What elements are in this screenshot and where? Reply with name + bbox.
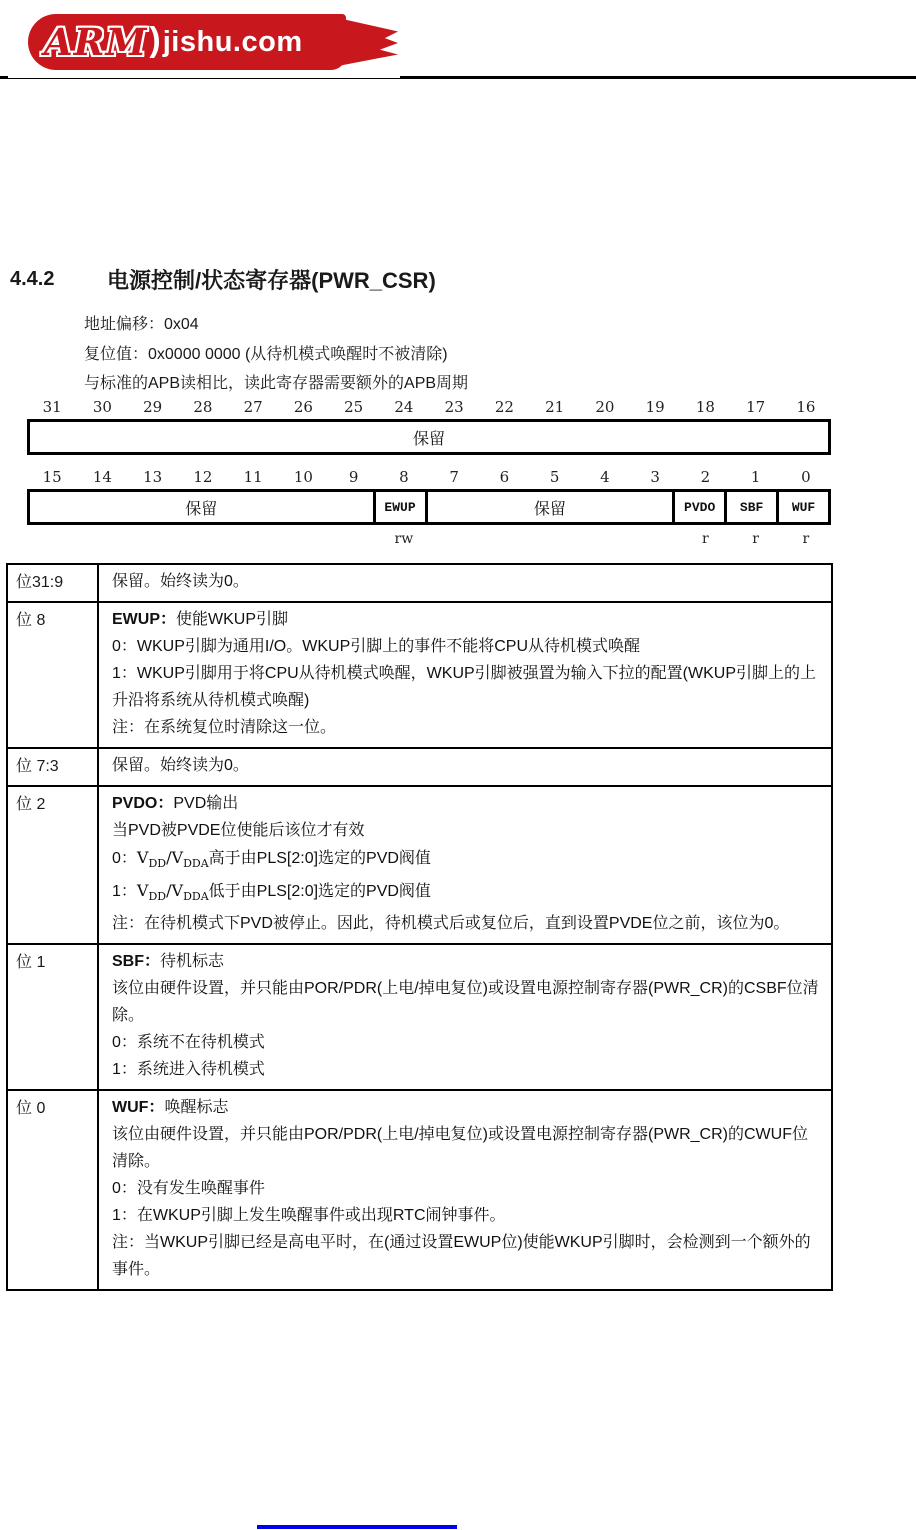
logo-domain-text: jishu.com	[163, 26, 303, 59]
description-line: 注：当WKUP引脚已经是高电平时，在(通过设置EWUP位)使能WKUP引脚时，会…	[112, 1229, 823, 1283]
description-line: 0：系统不在待机模式	[112, 1029, 823, 1056]
table-row: 位 2PVDO：PVD输出当PVD被PVDE位使能后该位才有效0：VDD/VDD…	[8, 785, 831, 943]
description-line: WUF：唤醒标志	[112, 1094, 823, 1121]
text-segment: 0：没有发生唤醒事件	[112, 1180, 265, 1197]
bit-number: 14	[77, 468, 127, 486]
text-segment: 低于由PLS[2:0]选定的PVD阀值	[209, 883, 431, 900]
table-row: 位31:9保留。始终读为0。	[8, 565, 831, 601]
register-fields-row: 保留EWUP保留PVDOSBFWUF	[27, 489, 831, 525]
description-line: SBF：待机标志	[112, 948, 823, 975]
bit-range-cell: 位 8	[8, 603, 97, 747]
text-segment: 1：WKUP引脚用于将CPU从待机模式唤醒，WKUP引脚被强置为输入下拉的配置(…	[112, 665, 816, 709]
bit-number: 13	[128, 468, 178, 486]
reset-value-line: 复位值：0x0000 0000 (从待机模式唤醒时不被清除)	[84, 341, 448, 364]
bit-number: 11	[228, 468, 278, 486]
description-line: 1：VDD/VDDA低于由PLS[2:0]选定的PVD阀值	[112, 877, 823, 910]
description-line: 该位由硬件设置，并只能由POR/PDR(上电/掉电复位)或设置电源控制寄存器(P…	[112, 975, 823, 1029]
register-diagram-low: 1514131211109876543210保留EWUP保留PVDOSBFWUF…	[27, 468, 831, 549]
text-segment: 注：在系统复位时清除这一位。	[112, 719, 336, 736]
bit-number: 30	[77, 398, 127, 416]
register-bit-numbers: 1514131211109876543210	[27, 468, 831, 486]
text-segment: 高于由PLS[2:0]选定的PVD阀值	[209, 850, 431, 867]
description-line: 注：在待机模式下PVD被停止。因此，待机模式后或复位后，直到设置PVDE位之前，…	[112, 910, 823, 937]
bit-number: 5	[530, 468, 580, 486]
description-line: 当PVD被PVDE位使能后该位才有效	[112, 817, 823, 844]
access-label: rw	[379, 531, 429, 549]
bit-range-cell: 位 0	[8, 1091, 97, 1289]
bit-number: 24	[379, 398, 429, 416]
footer-link-underline[interactable]	[257, 1525, 457, 1529]
bit-description-cell: SBF：待机标志该位由硬件设置，并只能由POR/PDR(上电/掉电复位)或设置电…	[97, 945, 831, 1089]
document-page: ARM ) jishu.com 4.4.2 电源控制/状态寄存器(PWR_CSR…	[0, 0, 916, 1530]
text-segment: 注：当WKUP引脚已经是高电平时，在(通过设置EWUP位)使能WKUP引脚时，会…	[112, 1234, 811, 1278]
text-segment: DD	[148, 857, 166, 870]
text-segment: DDA	[183, 857, 209, 870]
register-field-reserved: 保留	[30, 492, 373, 522]
register-field-ewup: EWUP	[373, 492, 425, 522]
description-line: 1：WKUP引脚用于将CPU从待机模式唤醒，WKUP引脚被强置为输入下拉的配置(…	[112, 660, 823, 714]
description-line: PVDO：PVD输出	[112, 790, 823, 817]
bit-number: 25	[329, 398, 379, 416]
bit-number: 17	[731, 398, 781, 416]
register-access-row: rwrrr	[27, 531, 831, 549]
access-label	[429, 531, 680, 549]
description-line: 1：系统进入待机模式	[112, 1056, 823, 1083]
bit-number: 6	[479, 468, 529, 486]
bit-number: 19	[630, 398, 680, 416]
section-number: 4.4.2	[10, 268, 54, 291]
description-line: 1：在WKUP引脚上发生唤醒事件或出现RTC闹钟事件。	[112, 1202, 823, 1229]
bit-number: 4	[580, 468, 630, 486]
text-segment: 0：WKUP引脚为通用I/O。WKUP引脚上的事件不能将CPU从待机模式唤醒	[112, 638, 640, 655]
apb-note-line: 与标准的APB读相比，读此寄存器需要额外的APB周期	[84, 370, 468, 393]
register-field-sbf: SBF	[724, 492, 776, 522]
register-field-pvdo: PVDO	[672, 492, 724, 522]
bit-number: 1	[731, 468, 781, 486]
register-bit-numbers: 31302928272625242322212019181716	[27, 398, 831, 416]
bit-range-cell: 位31:9	[8, 565, 97, 601]
bit-number: 2	[680, 468, 730, 486]
access-label: r	[781, 531, 831, 549]
access-label: r	[680, 531, 730, 549]
bit-description-table: 位31:9保留。始终读为0。位 8EWUP：使能WKUP引脚0：WKUP引脚为通…	[6, 563, 833, 1291]
text-segment: 保留。始终读为0。	[112, 757, 249, 774]
register-field-reserved: 保留	[425, 492, 673, 522]
text-segment: 注：在待机模式下PVD被停止。因此，待机模式后或复位后，直到设置PVDE位之前，…	[112, 915, 789, 932]
description-line: 注：在系统复位时清除这一位。	[112, 714, 823, 741]
bit-number: 29	[128, 398, 178, 416]
bit-description-cell: PVDO：PVD输出当PVD被PVDE位使能后该位才有效0：VDD/VDDA高于…	[97, 787, 831, 943]
table-row: 位 1SBF：待机标志该位由硬件设置，并只能由POR/PDR(上电/掉电复位)或…	[8, 943, 831, 1089]
text-segment: DDA	[183, 890, 209, 903]
text-segment: V	[137, 848, 149, 867]
text-segment: 该位由硬件设置，并只能由POR/PDR(上电/掉电复位)或设置电源控制寄存器(P…	[112, 1126, 808, 1170]
bit-number: 12	[178, 468, 228, 486]
text-segment: 1：在WKUP引脚上发生唤醒事件或出现RTC闹钟事件。	[112, 1207, 506, 1224]
table-row: 位 0WUF：唤醒标志该位由硬件设置，并只能由POR/PDR(上电/掉电复位)或…	[8, 1089, 831, 1289]
logo-background: ARM ) jishu.com	[28, 14, 346, 70]
bit-description-cell: 保留。始终读为0。	[97, 565, 831, 601]
register-fields-row: 保留	[27, 419, 831, 455]
logo-swoosh	[338, 18, 398, 66]
text-segment: /V	[166, 848, 183, 867]
bit-range-cell: 位 2	[8, 787, 97, 943]
register-diagram-high: 31302928272625242322212019181716保留	[27, 398, 831, 455]
text-segment: 使能WKUP引脚	[176, 611, 288, 628]
text-segment: 0：系统不在待机模式	[112, 1034, 265, 1051]
bit-number: 26	[278, 398, 328, 416]
bit-number: 3	[630, 468, 680, 486]
field-label: EWUP	[384, 500, 415, 515]
text-segment: EWUP：	[112, 611, 176, 628]
bit-number: 16	[781, 398, 831, 416]
text-segment: SBF：	[112, 953, 160, 970]
text-segment: 待机标志	[160, 953, 224, 970]
bit-number: 21	[530, 398, 580, 416]
page-title: 电源控制/状态寄存器(PWR_CSR)	[107, 264, 436, 295]
logo-paren: )	[149, 21, 160, 60]
register-field-reserved: 保留	[30, 422, 828, 452]
bit-range-cell: 位 1	[8, 945, 97, 1089]
text-segment: 唤醒标志	[164, 1099, 228, 1116]
address-offset-line: 地址偏移：0x04	[84, 311, 199, 334]
description-line: 0：WKUP引脚为通用I/O。WKUP引脚上的事件不能将CPU从待机模式唤醒	[112, 633, 823, 660]
description-line: EWUP：使能WKUP引脚	[112, 606, 823, 633]
bit-number: 31	[27, 398, 77, 416]
bit-number: 18	[680, 398, 730, 416]
bit-number: 20	[580, 398, 630, 416]
description-line: 该位由硬件设置，并只能由POR/PDR(上电/掉电复位)或设置电源控制寄存器(P…	[112, 1121, 823, 1175]
text-segment: 0：	[112, 850, 137, 867]
field-label: 保留	[413, 426, 445, 449]
bit-number: 22	[479, 398, 529, 416]
bit-number: 0	[781, 468, 831, 486]
field-label: WUF	[792, 500, 815, 515]
bit-number: 9	[329, 468, 379, 486]
register-field-wuf: WUF	[776, 492, 828, 522]
bit-number: 27	[228, 398, 278, 416]
bit-number: 10	[278, 468, 328, 486]
logo-arm-text: ARM	[44, 20, 147, 64]
text-segment: V	[137, 881, 149, 900]
bit-description-cell: WUF：唤醒标志该位由硬件设置，并只能由POR/PDR(上电/掉电复位)或设置电…	[97, 1091, 831, 1289]
field-label: 保留	[534, 496, 566, 519]
bit-description-cell: 保留。始终读为0。	[97, 749, 831, 785]
field-label: PVDO	[684, 500, 715, 515]
bit-number: 28	[178, 398, 228, 416]
text-segment: 该位由硬件设置，并只能由POR/PDR(上电/掉电复位)或设置电源控制寄存器(P…	[112, 980, 819, 1024]
text-segment: /V	[166, 881, 183, 900]
text-segment: 当PVD被PVDE位使能后该位才有效	[112, 822, 364, 839]
bit-number: 23	[429, 398, 479, 416]
bit-number: 7	[429, 468, 479, 486]
field-label: 保留	[185, 496, 217, 519]
table-row: 位 8EWUP：使能WKUP引脚0：WKUP引脚为通用I/O。WKUP引脚上的事…	[8, 601, 831, 747]
description-line: 0：没有发生唤醒事件	[112, 1175, 823, 1202]
bit-number: 15	[27, 468, 77, 486]
text-segment: DD	[148, 890, 166, 903]
table-row: 位 7:3保留。始终读为0。	[8, 747, 831, 785]
bit-range-cell: 位 7:3	[8, 749, 97, 785]
description-line: 保留。始终读为0。	[112, 752, 823, 779]
access-label: r	[731, 531, 781, 549]
text-segment: 1：	[112, 883, 137, 900]
bit-description-cell: EWUP：使能WKUP引脚0：WKUP引脚为通用I/O。WKUP引脚上的事件不能…	[97, 603, 831, 747]
text-segment: PVDO：	[112, 795, 173, 812]
text-segment: WUF：	[112, 1099, 164, 1116]
text-segment: 保留。始终读为0。	[112, 573, 249, 590]
site-logo: ARM ) jishu.com	[8, 6, 400, 78]
text-segment: 1：系统进入待机模式	[112, 1061, 265, 1078]
description-line: 保留。始终读为0。	[112, 568, 823, 595]
description-line: 0：VDD/VDDA高于由PLS[2:0]选定的PVD阀值	[112, 844, 823, 877]
access-label	[27, 531, 379, 549]
text-segment: PVD输出	[173, 795, 238, 812]
field-label: SBF	[740, 500, 763, 515]
bit-number: 8	[379, 468, 429, 486]
